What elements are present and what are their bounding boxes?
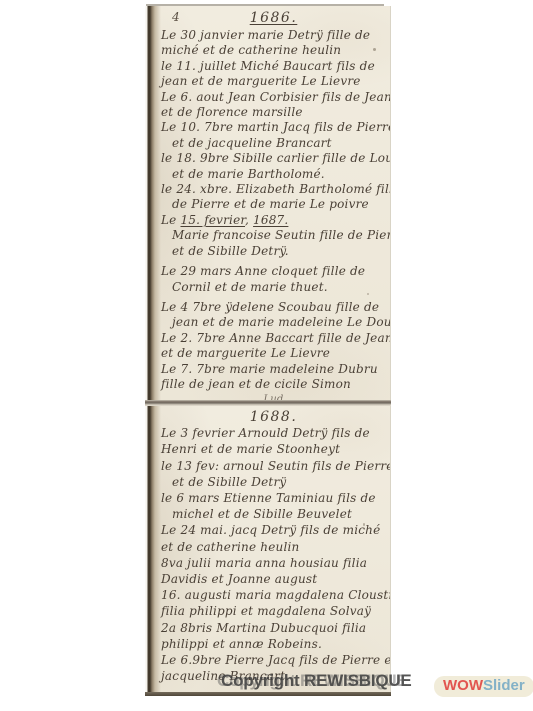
manuscript-line: Le 29 mars Anne cloquet fille de [161, 264, 386, 279]
year-heading: 1688. [161, 409, 386, 425]
manuscript-line: le 18. 9bre Sibille carlier fille de Lou… [161, 151, 386, 166]
manuscript-line: et de florence marsille [161, 105, 386, 120]
manuscript-line: le 24. xbre. Elizabeth Bartholomé fille [161, 182, 386, 197]
manuscript-line: Le 6.9bre Pierre Jacq fils de Pierre et … [161, 652, 386, 668]
wowslider-watermark[interactable]: WOWSlider [434, 676, 533, 697]
manuscript-line: et de jacqueline Brancart [161, 136, 386, 151]
manuscript-line: de Pierre et de marie Le poivre [161, 197, 386, 212]
manuscript-line: Le 7. 7bre marie madeleine Dubru [161, 362, 386, 377]
manuscript-line: 2a 8bris Martina Dubucquoi filia [161, 620, 386, 636]
manuscript-line: jean et de marie madeleine Le Dou [161, 315, 386, 330]
scan-bottom-edge [145, 692, 391, 696]
manuscript-line: le 13 fev: arnoul Seutin fils de Pierre [161, 458, 386, 474]
manuscript-line: Le 10. 7bre martin Jacq fils de Pierre [161, 120, 386, 135]
register-page-1686: 4 1686.Le 30 janvier marie Detrÿ fille d… [145, 6, 391, 400]
wowslider-wow-text: WOW [443, 677, 483, 694]
manuscript-line: miché et de catherine heulin [161, 43, 386, 58]
manuscript-line: Le 6. aout Jean Corbisier fils de Jean [161, 90, 386, 105]
manuscript-line: fille de jean et de cicile Simon [161, 377, 386, 392]
manuscript-line: jean et de marguerite Le Lievre [161, 74, 386, 89]
manuscript-line: Le 24 mai. jacq Detrÿ fils de miché [161, 522, 386, 538]
manuscript-scan: 4 1686.Le 30 janvier marie Detrÿ fille d… [145, 3, 391, 696]
manuscript-line: filia philippi et magdalena Solvaÿ [161, 603, 386, 619]
manuscript-line: et de marguerite Le Lievre [161, 346, 386, 361]
manuscript-line: le 11. juillet Miché Baucart fils de [161, 59, 386, 74]
manuscript-line: et de catherine heulin [161, 539, 386, 555]
manuscript-line: Henri et de marie Stoonheyt [161, 441, 386, 457]
manuscript-text-1686: 1686.Le 30 janvier marie Detrÿ fille dem… [161, 9, 386, 400]
manuscript-line: Le 2. 7bre Anne Baccart fille de Jean [161, 331, 386, 346]
manuscript-line: Cornil et de marie thuet. [161, 280, 386, 295]
manuscript-line: 8va julii maria anna housiau filia [161, 555, 386, 571]
manuscript-line: Lud [161, 392, 386, 400]
manuscript-line: Marie francoise Seutin fille de Pierre [161, 228, 386, 243]
manuscript-line: Le 15. fevrier, 1687. [161, 213, 386, 228]
slide-canvas: 4 1686.Le 30 janvier marie Detrÿ fille d… [0, 0, 533, 711]
year-heading: 1686. [161, 9, 386, 28]
manuscript-line: philippi et annæ Robeins. [161, 636, 386, 652]
manuscript-text-1688: 1688.Le 3 fevrier Arnould Detrÿ fils deH… [161, 409, 386, 684]
manuscript-line: Le 4 7bre ÿdelene Scoubau fille de [161, 300, 386, 315]
wowslider-slider-text: Slider [483, 677, 525, 694]
manuscript-line: Le 30 janvier marie Detrÿ fille de [161, 28, 386, 43]
manuscript-line: 16. augusti maria magdalena Cloustreau [161, 587, 386, 603]
manuscript-line: michel et de Sibille Beuvelet [161, 506, 386, 522]
manuscript-line: et de Sibille Detrÿ [161, 474, 386, 490]
manuscript-line: Le 3 fevrier Arnould Detrÿ fils de [161, 425, 386, 441]
manuscript-line: et de Sibille Detrÿ. [161, 244, 386, 259]
copyright-watermark: Copyright REWISBIQUE [221, 672, 412, 691]
manuscript-line: et de marie Bartholomé. [161, 167, 386, 182]
register-page-1688: 1688.Le 3 fevrier Arnould Detrÿ fils deH… [145, 406, 391, 692]
manuscript-line: le 6 mars Etienne Taminiau fils de [161, 490, 386, 506]
manuscript-line: Davidis et Joanne august [161, 571, 386, 587]
